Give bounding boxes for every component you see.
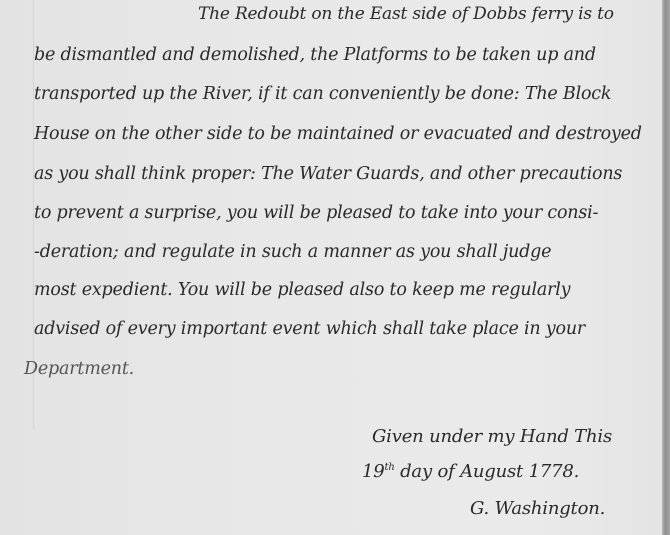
text-line-1: The Redoubt on the East side of Dobbs fe… bbox=[198, 6, 614, 23]
text-line-5: as you shall think proper: The Water Gua… bbox=[34, 166, 622, 184]
closing-given-line: Given under my Hand This bbox=[372, 428, 612, 446]
text-line-3: transported up the River, if it can conv… bbox=[34, 86, 611, 104]
text-line-2: be dismantled and demolished, the Platfo… bbox=[34, 47, 596, 65]
text-line-10: Department. bbox=[24, 361, 134, 379]
closing-date-line: 19th day of August 1778. bbox=[362, 463, 579, 481]
date-day-suffix: th bbox=[385, 462, 395, 473]
text-line-6: to prevent a surprise, you will be pleas… bbox=[34, 205, 598, 223]
text-line-7: -deration; and regulate in such a manner… bbox=[34, 244, 551, 262]
page-binding-edge bbox=[662, 0, 670, 535]
manuscript-page: The Redoubt on the East side of Dobbs fe… bbox=[0, 0, 662, 535]
text-line-9: advised of every important event which s… bbox=[34, 321, 585, 339]
text-line-4: House on the other side to be maintained… bbox=[34, 126, 642, 144]
text-line-8: most expedient. You will be pleased also… bbox=[34, 282, 570, 300]
date-rest: day of August 1778. bbox=[395, 461, 580, 482]
date-day: 19 bbox=[362, 461, 385, 482]
signature: G. Washington. bbox=[470, 500, 605, 518]
